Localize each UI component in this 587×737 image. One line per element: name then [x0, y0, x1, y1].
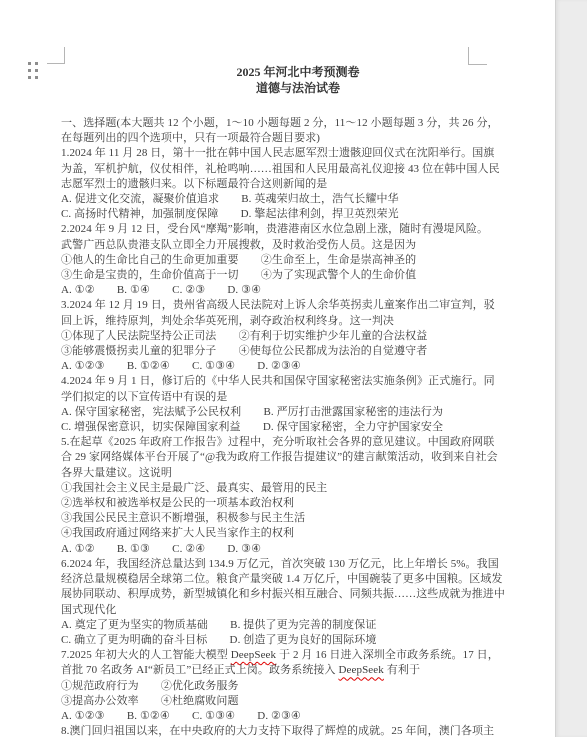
question-6-line: 展协同联动、积厚成势，新型城镇化和乡村振兴相互融合、同频共振……这些成就为推进中 [61, 587, 535, 602]
question-1-line: 志愿军烈士的遗骸归来。以下标题最符合这则新闻的是 [61, 177, 535, 192]
question-4-line: 4.2024 年 9 月 1 日，修订后的《中华人民共和国保守国家秘密法实施条例… [61, 374, 535, 389]
question-3-line: ①体现了人民法院坚持公正司法 ②有利于切实维护少年儿童的合法权益 [61, 329, 535, 344]
question-6-line: C. 确立了更为明确的奋斗目标 D. 创造了更为良好的国际环境 [61, 633, 535, 648]
question-2-line: ③生命是宝贵的，生命价值高于一切 ④为了实现武警个人的生命价值 [61, 268, 535, 283]
question-4-line: C. 增强保密意识，切实保障国家利益 D. 保守国家秘密，全力守护国家安全 [61, 420, 535, 435]
question-7-line: ①规范政府行为 ②优化政务服务 [61, 679, 535, 694]
document-subtitle: 道德与法治试卷 [61, 80, 535, 97]
spellcheck-flagged-word: DeepSeek [231, 649, 276, 661]
question-1-line: 为盖，军机护航，仪仗相伴，礼枪鸣响……祖国和人民用最高礼仪迎接 43 位在韩中国… [61, 162, 535, 177]
question-4-line: A. 保守国家秘密，宪法赋予公民权利 B. 严厉打击泄露国家秘密的违法行为 [61, 405, 535, 420]
handle-dot [28, 62, 31, 65]
handle-dot [35, 76, 38, 79]
spellcheck-flagged-word: DeepSeek [338, 664, 383, 676]
question-6-line: 经济总量规模稳居全球第二位。粮食产量突破 1.4 万亿斤，中国碗装了更多中国粮。… [61, 572, 535, 587]
question-7-line: 7.2025 年初大火的人工智能大模型 DeepSeek 于 2 月 16 日进… [61, 648, 535, 663]
document-content: 2025 年河北中考预测卷 道德与法治试卷 一、选择题(本大题共 12 个小题，… [61, 0, 535, 737]
question-3-line: 回上诉，维持原判，判处余华英死刑，剥夺政治权利终身。这一判决 [61, 314, 535, 329]
question-5-line: 合 29 家网络媒体平台开展了“@我为政府工作报告提建议”的建言献策活动，收到来… [61, 450, 535, 465]
document-page: 2025 年河北中考预测卷 道德与法治试卷 一、选择题(本大题共 12 个小题，… [0, 0, 556, 737]
handle-dot [35, 62, 38, 65]
question-5-line: ④我国政府通过网络来扩大人民当家作主的权利 [61, 526, 535, 541]
question-5-line: A. ①② B. ①③ C. ②④ D. ③④ [61, 542, 535, 557]
question-8-line: 8.澳门回归祖国以来，在中央政府的大力支持下取得了辉煌的成就。25 年间，澳门各… [61, 724, 535, 737]
question-6-line: 国式现代化 [61, 603, 535, 618]
drag-handle-icon[interactable] [28, 62, 38, 79]
question-5-line: 5.在起草《2025 年政府工作报告》过程中，充分听取社会各界的意见建议。中国政… [61, 435, 535, 450]
section-header-line: 在每题列出的四个选项中，只有一项最符合题目要求) [61, 131, 535, 146]
question-7-line: ③提高办公效率 ④杜绝腐败问题 [61, 694, 535, 709]
question-4-line: 学们拟定的以下宣传语中有误的是 [61, 390, 535, 405]
handle-dot [28, 76, 31, 79]
question-2-line: 武警广西总队贵港支队立即全力开展搜救，及时救治受伤人员。这是因为 [61, 238, 535, 253]
document-body: 一、选择题(本大题共 12 个小题，1～10 小题每题 2 分，11～12 小题… [61, 116, 535, 737]
question-1-line: 1.2024 年 11 月 28 日，第十一批在韩中国人民志愿军烈士遗骸迎回仪式… [61, 146, 535, 161]
question-2-line: 2.2024 年 9 月 12 日，受台风“摩羯”影响，贵港港南区水位急剧上涨，… [61, 222, 535, 237]
app-background-strip [555, 0, 587, 737]
question-1-line: A. 促进文化交流，凝聚价值追求 B. 英魂荣归故土，浩气长耀中华 [61, 192, 535, 207]
section-header-line: 一、选择题(本大题共 12 个小题，1～10 小题每题 2 分，11～12 小题… [61, 116, 535, 131]
question-7-line: A. ①②③ B. ①②④ C. ①③④ D. ②③④ [61, 709, 535, 724]
question-6-line: 6.2024 年，我国经济总量达到 134.9 万亿元，首次突破 130 万亿元… [61, 557, 535, 572]
question-3-line: A. ①②③ B. ①②④ C. ①③④ D. ②③④ [61, 359, 535, 374]
question-2-line: A. ①② B. ①④ C. ②③ D. ③④ [61, 283, 535, 298]
handle-dot [28, 69, 31, 72]
question-7-line: 首批 70 名政务 AI“新员工”已经正式上岗。政务系统接入 DeepSeek … [61, 663, 535, 678]
question-5-line: ②选举权和被选举权是公民的一项基本政治权利 [61, 496, 535, 511]
question-6-line: A. 奠定了更为坚实的物质基础 B. 提供了更为完善的制度保证 [61, 618, 535, 633]
question-5-line: ③我国公民民主意识不断增强，积极参与民主生活 [61, 511, 535, 526]
question-5-line: ①我国社会主义民主是最广泛、最真实、最管用的民主 [61, 481, 535, 496]
question-5-line: 各界大量建议。这说明 [61, 466, 535, 481]
handle-dot [35, 69, 38, 72]
question-3-line: 3.2024 年 12 月 19 日，贵州省高级人民法院对上诉人余华英拐卖儿童案… [61, 298, 535, 313]
document-title: 2025 年河北中考预测卷 [61, 64, 535, 80]
question-2-line: ①他人的生命比自己的生命更加重要 ②生命至上，生命是崇高神圣的 [61, 253, 535, 268]
question-3-line: ③能够震慑拐卖儿童的犯罪分子 ④使每位公民都成为法治的自觉遵守者 [61, 344, 535, 359]
question-1-line: C. 高扬时代精神，加强制度保障 D. 擎起法律利剑，捍卫英烈荣光 [61, 207, 535, 222]
